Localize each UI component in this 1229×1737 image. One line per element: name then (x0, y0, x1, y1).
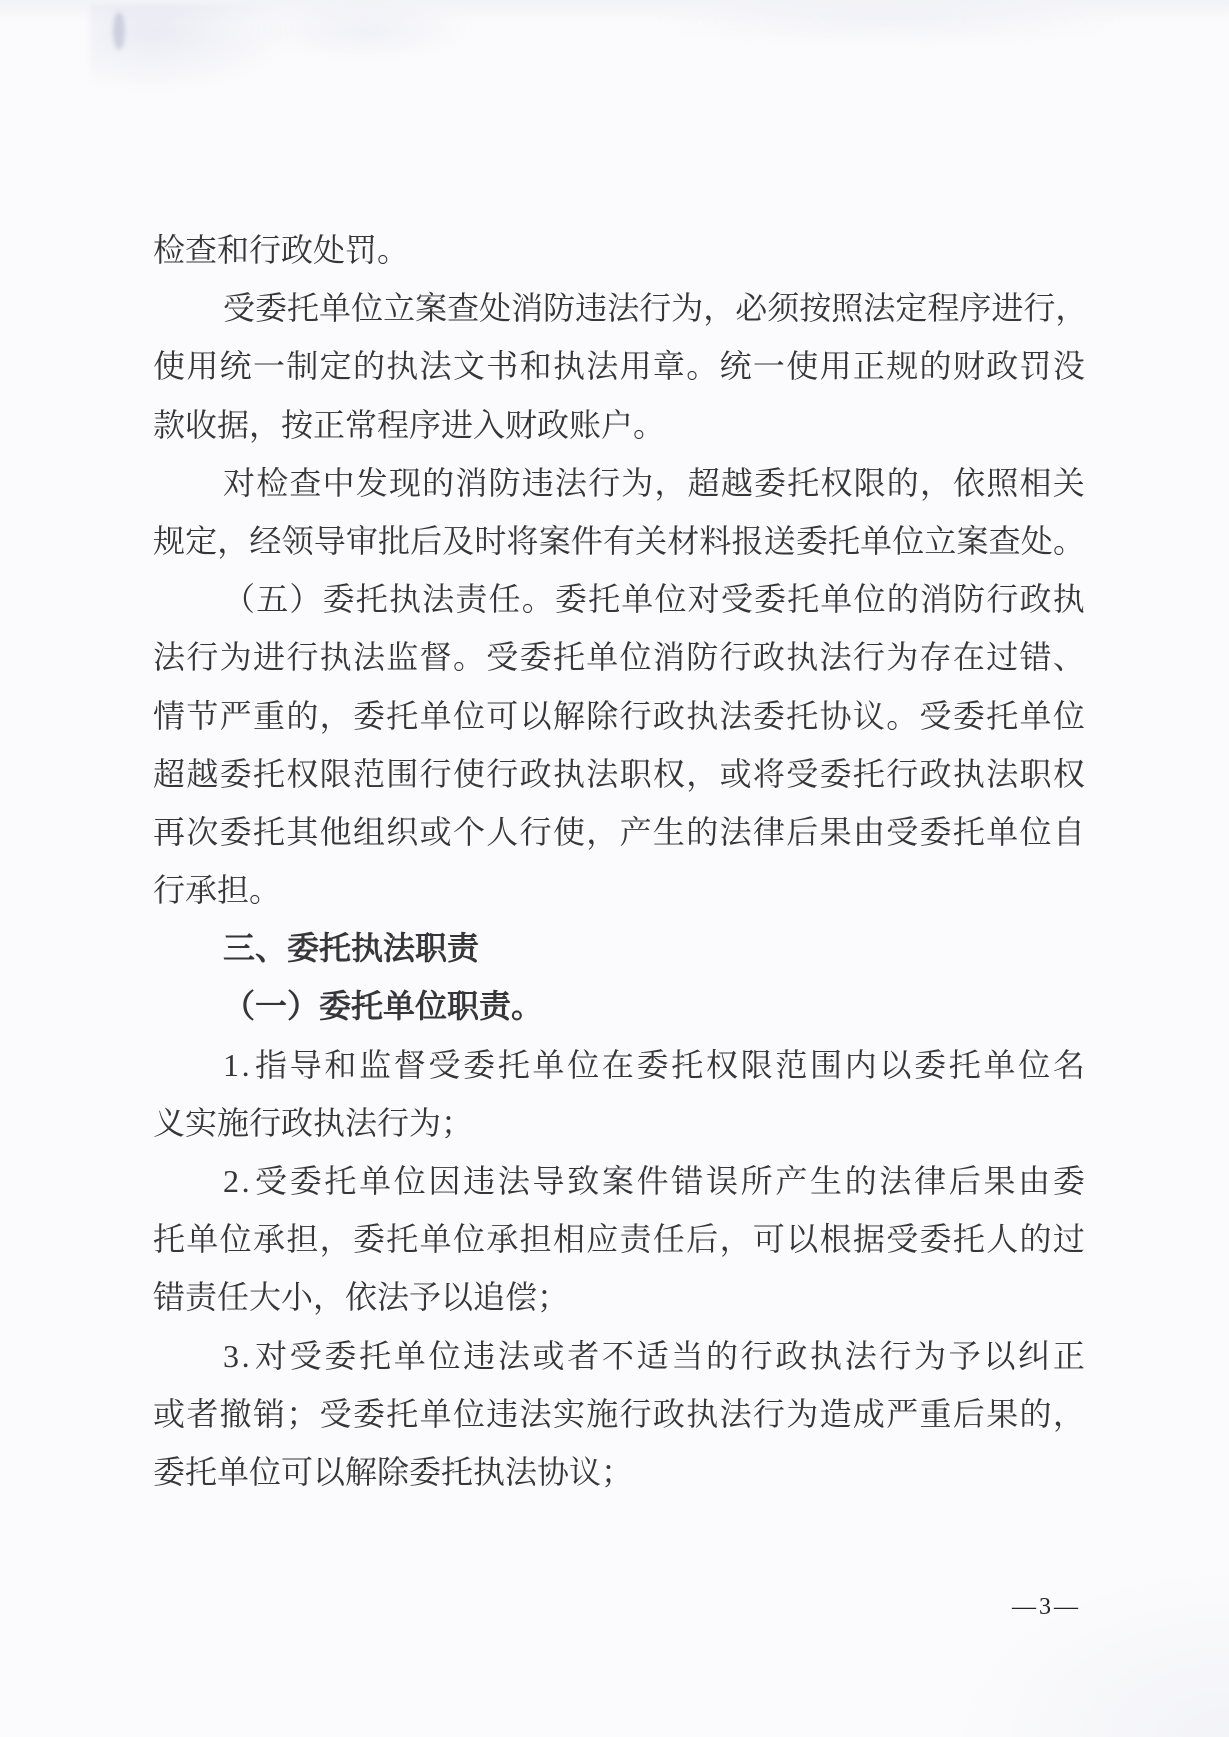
page-number: —3— (1012, 1589, 1081, 1625)
scan-noise-band (0, 0, 1229, 24)
text-line: 3. 对受委托单位违法或者不适当的行政执法行为予以纠正 (153, 1327, 1085, 1385)
text-line: 规定，经领导审批后及时将案件有关材料报送委托单位立案查处。 (153, 512, 1085, 570)
text-line: 情节严重的，委托单位可以解除行政执法委托协议。受委托单位 (153, 687, 1085, 745)
text-line: 使用统一制定的执法文书和执法用章。统一使用正规的财政罚没 (153, 337, 1085, 395)
scanned-document-page: 检查和行政处罚。受委托单位立案查处消防违法行为，必须按照法定程序进行，使用统一制… (0, 0, 1229, 1737)
text-line: 超越委托权限范围行使行政执法职权，或将受委托行政执法职权 (153, 745, 1085, 803)
text-line: （五）委托执法责任。委托单位对受委托单位的消防行政执 (153, 570, 1085, 628)
text-line: 义实施行政执法行为； (153, 1094, 1085, 1152)
text-line: 错责任大小，依法予以追偿； (153, 1268, 1085, 1326)
text-line: 或者撤销；受委托单位违法实施行政执法行为造成严重后果的， (153, 1385, 1085, 1443)
text-line: 法行为进行执法监督。受委托单位消防行政执法行为存在过错、 (153, 628, 1085, 686)
scan-corner-shadow (949, 1567, 1229, 1737)
text-line: 受委托单位立案查处消防违法行为，必须按照法定程序进行， (153, 279, 1085, 337)
text-line: 款收据，按正常程序进入财政账户。 (153, 396, 1085, 454)
heading-line: 三、委托执法职责 (153, 919, 1085, 977)
document-body-text: 检查和行政处罚。受委托单位立案查处消防违法行为，必须按照法定程序进行，使用统一制… (153, 221, 1085, 1501)
text-line: 1. 指导和监督受委托单位在委托权限范围内以委托单位名 (153, 1036, 1085, 1094)
heading-line: （一）委托单位职责。 (153, 977, 1085, 1035)
text-line: 2. 受委托单位因违法导致案件错误所产生的法律后果由委 (153, 1152, 1085, 1210)
text-line: 委托单位可以解除委托执法协议； (153, 1443, 1085, 1501)
text-line: 行承担。 (153, 861, 1085, 919)
text-line: 检查和行政处罚。 (153, 221, 1085, 279)
text-line: 托单位承担，委托单位承担相应责任后，可以根据受委托人的过 (153, 1210, 1085, 1268)
text-line: 再次委托其他组织或个人行使，产生的法律后果由受委托单位自 (153, 803, 1085, 861)
text-line: 对检查中发现的消防违法行为，超越委托权限的，依照相关 (153, 454, 1085, 512)
